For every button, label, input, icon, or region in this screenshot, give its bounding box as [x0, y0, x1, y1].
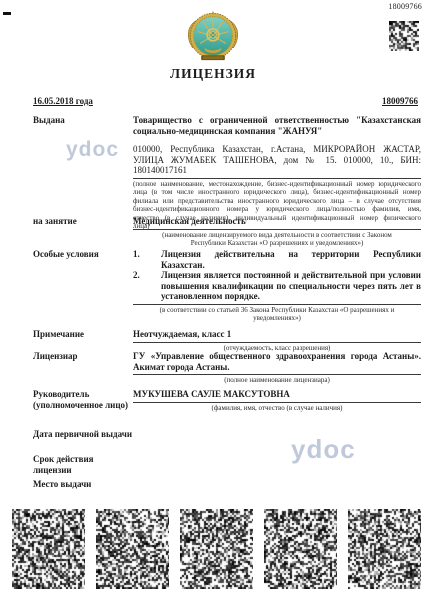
field-label: Срок действия лицензии: [33, 454, 97, 475]
license-number: 18009766: [382, 96, 418, 106]
field-caption: (наименование лицензируемого вида деятел…: [133, 231, 421, 248]
document-title: ЛИЦЕНЗИЯ: [0, 66, 426, 82]
divider: [133, 178, 421, 179]
head-name: МУКУШЕВА САУЛЕ МАКСУТОВНА: [133, 389, 421, 400]
field-label: Примечание: [33, 329, 129, 340]
field-label: Особые условия: [33, 249, 129, 260]
serial-number-top: 18009766: [388, 2, 422, 11]
field-label: Лицензиар: [33, 351, 129, 362]
divider: [133, 229, 421, 230]
watermark-ydoc: ydoc: [66, 138, 119, 162]
licensee-name: Товарищество с ограниченной ответственно…: [133, 115, 421, 136]
watermark-ydoc: ydoc: [291, 434, 356, 465]
field-caption: (фамилия, имя, отчество (в случае наличи…: [133, 404, 421, 413]
field-caption: (полное наименование лицензиара): [133, 376, 421, 385]
activity-value: Медицинская деятельность: [133, 216, 421, 227]
qr-code-icon: [389, 21, 419, 51]
field-label: Дата первичной выдачи: [33, 429, 153, 440]
item-number: 1.: [133, 249, 161, 270]
kazakhstan-emblem-icon: [185, 10, 241, 69]
field-label: на занятие: [33, 216, 129, 227]
qr-code-icon: [96, 509, 169, 589]
qr-code-icon: [180, 509, 253, 589]
qr-code-icon: [12, 509, 85, 589]
qr-code-icon: [348, 509, 421, 589]
licensor-value: ГУ «Управление общественного здравоохран…: [133, 351, 421, 372]
field-caption: (в соответствии со статьей 36 Закона Рес…: [133, 306, 421, 323]
divider: [133, 304, 421, 305]
date-number-row: 16.05.2018 года 18009766: [33, 96, 418, 106]
license-document: 18009766: [0, 0, 426, 600]
condition-item: 1. Лицензия действительна на территории …: [133, 249, 421, 270]
condition-item: 2. Лицензия является постоянной и действ…: [133, 270, 421, 302]
item-number: 2.: [133, 270, 161, 302]
item-text: Лицензия является постоянной и действите…: [161, 270, 421, 302]
field-label: Выдана: [33, 115, 129, 126]
barcode-strip: [12, 509, 422, 589]
note-value: Неотчуждаемая, класс 1: [133, 329, 421, 340]
divider: [133, 374, 421, 375]
item-text: Лицензия действительна на территории Рес…: [161, 249, 421, 270]
field-label: Руководитель (уполномоченное лицо): [33, 389, 129, 410]
divider: [133, 342, 421, 343]
qr-code-icon: [264, 509, 337, 589]
divider: [133, 402, 421, 403]
scan-artifact: [3, 12, 11, 15]
issue-date: 16.05.2018 года: [33, 96, 93, 106]
licensee-address: 010000, Республика Казахстан, г.Астана, …: [133, 144, 421, 176]
field-label: Место выдачи: [33, 479, 129, 490]
